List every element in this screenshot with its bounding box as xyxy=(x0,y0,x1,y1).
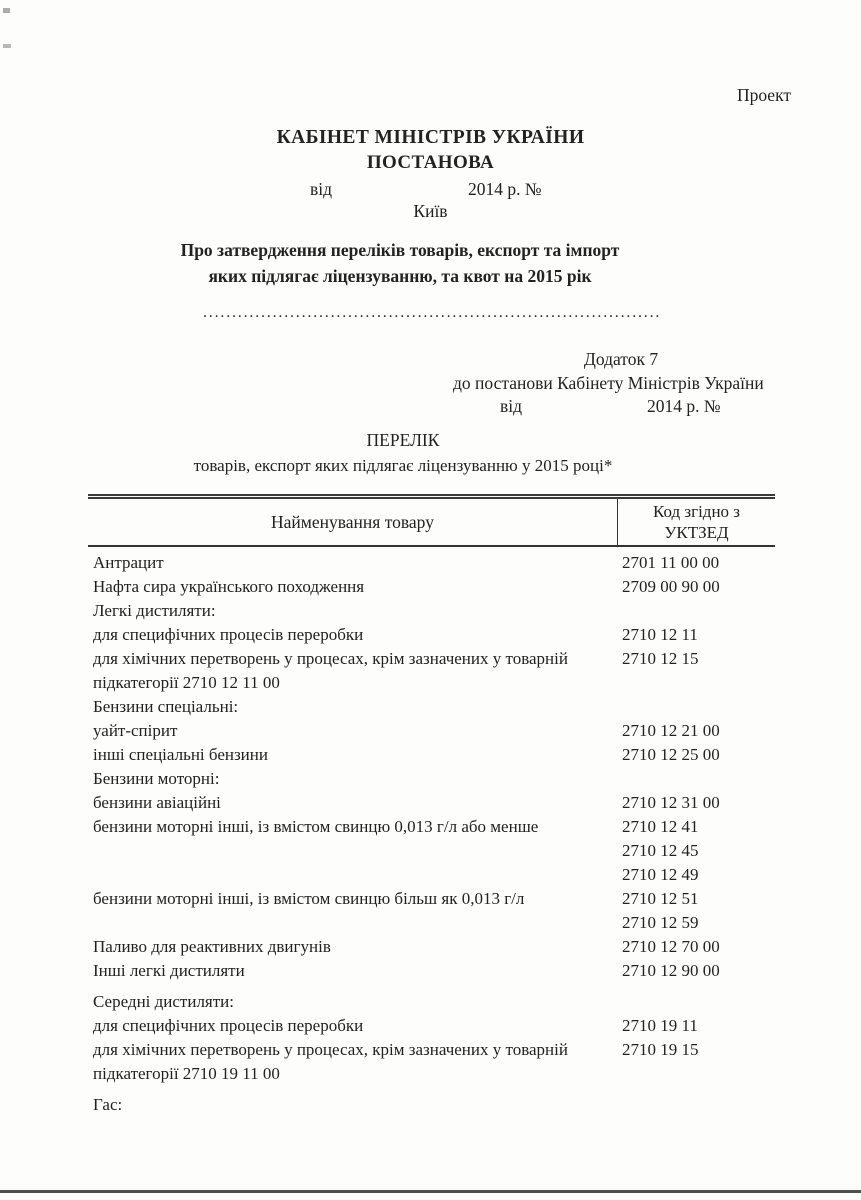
row-codes: 2709 00 90 00 xyxy=(617,575,775,599)
document-dateline: від 2014 р. № xyxy=(0,179,861,199)
table-row: Нафта сира українського походження2709 0… xyxy=(88,575,775,599)
table-body: Антрацит2701 11 00 00Нафта сира українсь… xyxy=(88,547,775,1117)
row-code: 2710 12 31 00 xyxy=(622,791,775,815)
table-row: для специфічних процесів переробки2710 1… xyxy=(88,1014,775,1038)
table-row: бензини авіаційні2710 12 31 00 xyxy=(88,791,775,815)
appendix-block: Додаток 7 до постанови Кабінету Міністрі… xyxy=(453,348,789,419)
row-codes: 2710 12 21 00 xyxy=(617,719,775,743)
row-code: 2710 12 15 xyxy=(622,647,775,671)
row-name: Легкі дистиляти: xyxy=(88,599,617,623)
document-title-line2: яких підлягає ліцензуванню, та квот на 2… xyxy=(96,263,704,289)
list-heading: ПЕРЕЛІК xyxy=(96,430,710,451)
row-name: для хімічних перетворень у процесах, крі… xyxy=(88,1038,617,1086)
row-name: бензини моторні інші, із вмістом свинцю … xyxy=(88,887,617,911)
row-code: 2710 12 70 00 xyxy=(622,935,775,959)
row-codes: 2710 12 412710 12 452710 12 49 xyxy=(617,815,775,887)
row-codes: 2710 12 25 00 xyxy=(617,743,775,767)
row-name: уайт-спірит xyxy=(88,719,617,743)
list-subheading: товарів, експорт яких підлягає ліцензува… xyxy=(96,456,710,476)
row-codes: 2701 11 00 00 xyxy=(617,551,775,575)
row-name: для хімічних перетворень у процесах, крі… xyxy=(88,647,617,695)
table-row: Антрацит2701 11 00 00 xyxy=(88,551,775,575)
table-row: інші спеціальні бензини2710 12 25 00 xyxy=(88,743,775,767)
document-title: Про затвердження переліків товарів, експ… xyxy=(96,237,704,289)
row-code: 2710 19 11 xyxy=(622,1014,775,1038)
appendix-number: Додаток 7 xyxy=(453,348,789,372)
table-row: для специфічних процесів переробки2710 1… xyxy=(88,623,775,647)
scan-artifact xyxy=(3,8,10,13)
appendix-to-line: до постанови Кабінету Міністрів України xyxy=(453,372,789,396)
table-row: для хімічних перетворень у процесах, крі… xyxy=(88,647,775,695)
row-code: 2710 12 59 xyxy=(622,911,775,935)
row-code: 2710 12 49 xyxy=(622,863,775,887)
row-codes: 2710 12 11 xyxy=(617,623,775,647)
table-row: Бензини моторні: xyxy=(88,767,775,791)
table-row: бензини моторні інші, із вмістом свинцю … xyxy=(88,815,775,887)
table-row: Середні дистиляти: xyxy=(88,990,775,1014)
date-value: 2014 р. № xyxy=(647,395,721,419)
row-code: 2710 12 90 00 xyxy=(622,959,775,983)
scan-edge-line xyxy=(0,1190,861,1193)
column-header-code: Код згідно з УКТЗЕД xyxy=(617,499,775,545)
table-header: Найменування товару Код згідно з УКТЗЕД xyxy=(88,494,775,547)
row-code: 2701 11 00 00 xyxy=(622,551,775,575)
document-type: ПОСТАНОВА xyxy=(0,152,861,174)
row-name: для специфічних процесів переробки xyxy=(88,1014,617,1038)
row-name: Гас: xyxy=(88,1093,617,1117)
row-codes: 2710 19 15 xyxy=(617,1038,775,1062)
row-name: бензини авіаційні xyxy=(88,791,617,815)
row-codes: 2710 12 90 00 xyxy=(617,959,775,983)
draft-label: Проект xyxy=(737,85,791,106)
row-code: 2710 19 15 xyxy=(622,1038,775,1062)
row-codes: 2710 12 70 00 xyxy=(617,935,775,959)
row-code: 2710 12 51 xyxy=(622,887,775,911)
row-name: Паливо для реактивних двигунів xyxy=(88,935,617,959)
row-code: 2709 00 90 00 xyxy=(622,575,775,599)
table-row: Бензини спеціальні: xyxy=(88,695,775,719)
row-name: Інші легкі дистиляти xyxy=(88,959,617,983)
row-name: Нафта сира українського походження xyxy=(88,575,617,599)
row-code: 2710 12 25 00 xyxy=(622,743,775,767)
table-row: Легкі дистиляти: xyxy=(88,599,775,623)
table-row: уайт-спірит2710 12 21 00 xyxy=(88,719,775,743)
date-prefix: від xyxy=(500,395,522,419)
scan-artifact xyxy=(3,44,11,48)
city-label: Київ xyxy=(0,201,861,222)
row-name: для специфічних процесів переробки xyxy=(88,623,617,647)
row-name: бензини моторні інші, із вмістом свинцю … xyxy=(88,815,617,839)
row-name: Антрацит xyxy=(88,551,617,575)
appendix-dateline: від 2014 р. № xyxy=(453,395,789,419)
document-page: Проект КАБІНЕТ МІНІСТРІВ УКРАЇНИ ПОСТАНО… xyxy=(0,0,861,1200)
dotted-separator: ........................................… xyxy=(203,304,661,322)
row-codes: 2710 19 11 xyxy=(617,1014,775,1038)
table-row: Гас: xyxy=(88,1093,775,1117)
row-name: інші спеціальні бензини xyxy=(88,743,617,767)
row-code: 2710 12 11 xyxy=(622,623,775,647)
goods-table: Найменування товару Код згідно з УКТЗЕД … xyxy=(88,494,775,1117)
row-name: Бензини спеціальні: xyxy=(88,695,617,719)
column-header-name: Найменування товару xyxy=(88,499,617,545)
row-codes: 2710 12 15 xyxy=(617,647,775,671)
row-codes: 2710 12 512710 12 59 xyxy=(617,887,775,935)
table-row: для хімічних перетворень у процесах, крі… xyxy=(88,1038,775,1086)
row-code: 2710 12 41 xyxy=(622,815,775,839)
date-prefix: від xyxy=(310,179,332,200)
table-row: Паливо для реактивних двигунів2710 12 70… xyxy=(88,935,775,959)
table-row: Інші легкі дистиляти2710 12 90 00 xyxy=(88,959,775,983)
document-title-line1: Про затвердження переліків товарів, експ… xyxy=(96,237,704,263)
row-name: Бензини моторні: xyxy=(88,767,617,791)
organization-name: КАБІНЕТ МІНІСТРІВ УКРАЇНИ xyxy=(0,127,861,149)
row-code: 2710 12 45 xyxy=(622,839,775,863)
row-codes: 2710 12 31 00 xyxy=(617,791,775,815)
table-row: бензини моторні інші, із вмістом свинцю … xyxy=(88,887,775,935)
row-code: 2710 12 21 00 xyxy=(622,719,775,743)
row-name: Середні дистиляти: xyxy=(88,990,617,1014)
date-value: 2014 р. № xyxy=(468,179,542,200)
